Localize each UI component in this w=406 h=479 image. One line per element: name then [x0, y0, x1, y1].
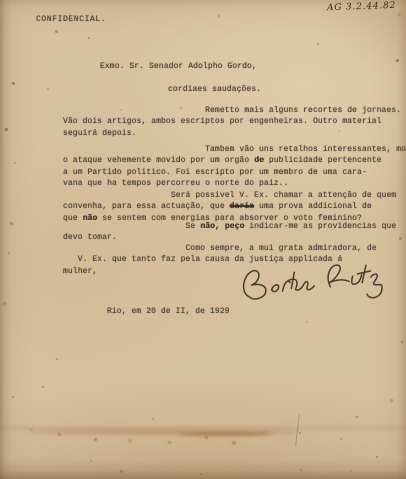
typed-line: a um Partido politico. Foi escripto por …	[63, 167, 406, 178]
foxing-spot	[94, 438, 97, 441]
typed-line: Será possivel V. Ex. chamar a attenção d…	[63, 190, 396, 201]
paragraph-3: Será possivel V. Ex. chamar a attenção d…	[63, 190, 396, 224]
foxing-spot	[299, 432, 301, 434]
foxing-spot	[300, 469, 302, 471]
foxing-spot	[120, 470, 123, 473]
typed-line: convenha, para essa actuação, que daria …	[63, 201, 396, 212]
foxing-spot	[317, 43, 319, 45]
typed-line: Como sempre, a mui grata admiradora, de	[63, 243, 377, 254]
foxing-spot	[401, 341, 403, 343]
foxing-spot	[390, 399, 393, 402]
typed-line: Remetto mais alguns recortes de jornaes.	[63, 105, 401, 116]
foxing-spot	[368, 8, 370, 10]
signature-bertha-lutz	[237, 253, 390, 311]
foxing-spot	[12, 396, 14, 398]
paragraph-1: Remetto mais alguns recortes de jornaes.…	[63, 105, 401, 139]
foxing-spot	[306, 321, 308, 323]
foxing-spot	[376, 456, 378, 458]
foxing-spot	[152, 418, 154, 420]
typed-line: Se não, peço indicar-me as providencias …	[63, 221, 396, 232]
scanned-letter-page: CONFIDENCIAL. AG 3.2.44.82 Exmo. Sr. Sen…	[0, 0, 406, 479]
foxing-spot	[3, 302, 6, 305]
foxing-spot	[42, 386, 44, 388]
typed-line: seguirá depois.	[63, 128, 401, 139]
foxing-spot	[399, 237, 402, 240]
date-line: Rio, em 20 de II, de 1929	[107, 306, 230, 317]
typed-line: o ataque vehemente movido por um orgão d…	[63, 155, 406, 166]
foxing-spot	[262, 431, 265, 434]
foxing-spot	[8, 252, 10, 254]
paragraph-2: Tambem vão uns retalhos interessantes, m…	[63, 144, 406, 190]
foxing-spot	[10, 222, 13, 225]
foxing-spot	[120, 109, 122, 111]
foxing-spot	[88, 37, 90, 39]
foxing-spot	[180, 107, 182, 109]
classification-stamp: CONFIDENCIAL.	[36, 14, 106, 25]
foxing-spot	[396, 59, 399, 62]
paragraph-4: Se não, peço indicar-me as providencias …	[63, 221, 396, 244]
crease-stain-dark	[178, 432, 273, 436]
foxing-spot	[350, 470, 352, 472]
foxing-spot	[14, 162, 16, 164]
typed-line: vana que ha tempos percorreu o norte do …	[63, 178, 406, 189]
archival-code-handwritten: AG 3.2.44.82	[327, 1, 396, 13]
foxing-spot	[58, 433, 61, 436]
foxing-spot	[168, 441, 171, 444]
foxing-spot	[200, 473, 202, 475]
foxing-spot	[232, 441, 236, 445]
foxing-spot	[356, 416, 358, 418]
foxing-spot	[12, 82, 15, 85]
typed-line: Vão dois artigos, ambos escriptos por en…	[63, 116, 401, 127]
typed-line: Tambem vão uns retalhos interessantes, m…	[63, 144, 406, 155]
foxing-spot	[30, 428, 33, 431]
foxing-spot	[56, 358, 58, 360]
foxing-spot	[218, 15, 220, 17]
foxing-spot	[128, 439, 132, 443]
foxing-spot	[398, 13, 401, 16]
recipient-line: Exmo. Sr. Senador Adolpho Gordo,	[100, 61, 257, 72]
foxing-spot	[231, 61, 233, 63]
foxing-spot	[205, 436, 208, 439]
foxing-spot	[338, 130, 340, 132]
foxing-spot	[47, 88, 49, 90]
foxing-spot	[55, 30, 58, 33]
salutation-line: cordiaes saudações.	[168, 84, 261, 95]
foxing-spot	[5, 128, 8, 131]
foxing-spot	[90, 460, 92, 462]
foxing-spot	[340, 438, 342, 440]
